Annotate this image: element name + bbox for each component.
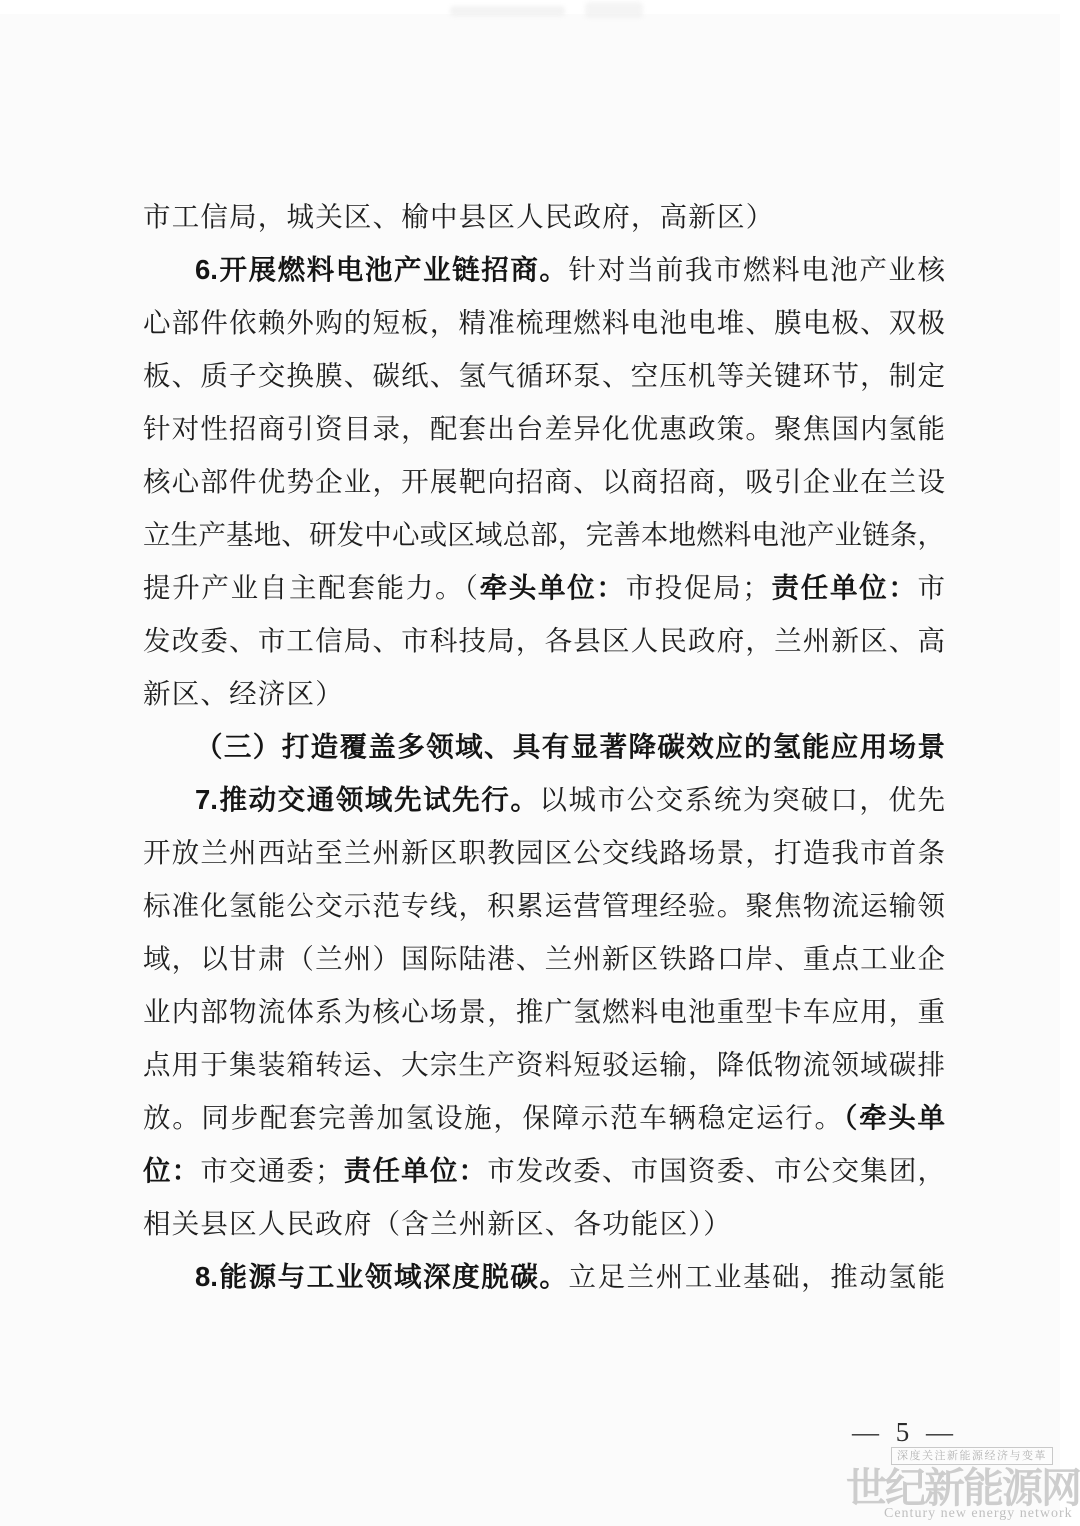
text-segment: 发改委、市工信局、市科技局，各县区人民政府，兰州新区、高 [143, 625, 945, 656]
text-segment: 市工信局，城关区、榆中县区人民政府，高新区） [143, 201, 774, 232]
text-segment: 市投促局； [626, 572, 770, 603]
text-line: 业内部物流体系为核心场景，推广氢燃料电池重型卡车应用，重 [143, 985, 945, 1038]
watermark-brand-english: Century new energy network [884, 1506, 1073, 1522]
document-body: 市工信局，城关区、榆中县区人民政府，高新区）6.开展燃料电池产业链招商。针对当前… [143, 190, 945, 1303]
text-line: 针对性招商引资目录，配套出台差异化优惠政策。聚焦国内氢能 [143, 402, 945, 455]
text-line: 点用于集装箱转运、大宗生产资料短驳运输，降低物流领域碳排 [143, 1038, 945, 1091]
text-line: 心部件依赖外购的短板，精准梳理燃料电池电堆、膜电极、双极 [143, 296, 945, 349]
bold-text-segment: 责任单位： [770, 572, 918, 603]
bold-text-segment: 7.推动交通领域先试先行。 [195, 784, 539, 815]
text-segment: 放。同步配套完善加氢设施，保障示范车辆稳定运行。 [143, 1102, 844, 1133]
watermark-brand: 世纪新能源网 [846, 1464, 1080, 1512]
text-segment: 业内部物流体系为核心场景，推广氢燃料电池重型卡车应用，重 [143, 996, 945, 1027]
text-segment: 立生产基地、研发中心或区域总部，完善本地燃料电池产业链条， [143, 519, 945, 550]
text-line: 立生产基地、研发中心或区域总部，完善本地燃料电池产业链条， [143, 508, 945, 561]
text-segment: 市发改委、市国资委、市公交集团， [487, 1155, 945, 1186]
text-line: 位：市交通委；责任单位：市发改委、市国资委、市公交集团， [143, 1144, 945, 1197]
text-line: 标准化氢能公交示范专线，积累运营管理经验。聚焦物流运输领 [143, 879, 945, 932]
scan-artifact [450, 6, 565, 16]
text-line: 市工信局，城关区、榆中县区人民政府，高新区） [143, 190, 945, 243]
text-segment: 心部件依赖外购的短板，精准梳理燃料电池电堆、膜电极、双极 [143, 307, 945, 338]
text-line: 相关县区人民政府（含兰州新区、各功能区）） [143, 1197, 945, 1250]
text-line: 6.开展燃料电池产业链招商。针对当前我市燃料电池产业核 [143, 243, 945, 296]
text-segment: 针对当前我市燃料电池产业核 [569, 254, 946, 285]
text-line: 核心部件优势企业，开展靶向招商、以商招商，吸引企业在兰设 [143, 455, 945, 508]
bold-text-segment: 责任单位： [343, 1155, 488, 1186]
bold-text-segment: （三）打造覆盖多领域、具有显著降碳效应的氢能应用场景 [195, 731, 945, 762]
scan-artifact [585, 2, 643, 18]
text-line: （三）打造覆盖多领域、具有显著降碳效应的氢能应用场景 [143, 720, 945, 773]
text-segment: 以城市公交系统为突破口，优先 [539, 784, 945, 815]
bold-text-segment: （牵头单 [844, 1102, 945, 1133]
text-line: 发改委、市工信局、市科技局，各县区人民政府，兰州新区、高 [143, 614, 945, 667]
bold-text-segment: 8.能源与工业领域深度脱碳。 [195, 1261, 569, 1292]
text-segment: 核心部件优势企业，开展靶向招商、以商招商，吸引企业在兰设 [143, 466, 945, 497]
text-line: 提升产业自主配套能力。（牵头单位：市投促局；责任单位：市 [143, 561, 945, 614]
text-line: 板、质子交换膜、碳纸、氢气循环泵、空压机等关键环节，制定 [143, 349, 945, 402]
text-line: 7.推动交通领域先试先行。以城市公交系统为突破口，优先 [143, 773, 945, 826]
text-line: 新区、经济区） [143, 667, 945, 720]
watermark-tagline-box: 深度关注新能源经济与变革 [891, 1447, 1053, 1465]
text-segment: 提升产业自主配套能力。（ [143, 572, 480, 603]
text-segment: 新区、经济区） [143, 678, 344, 709]
text-line: 放。同步配套完善加氢设施，保障示范车辆稳定运行。（牵头单 [143, 1091, 945, 1144]
text-segment: 针对性招商引资目录，配套出台差异化优惠政策。聚焦国内氢能 [143, 413, 945, 444]
text-segment: 标准化氢能公交示范专线，积累运营管理经验。聚焦物流运输领 [143, 890, 945, 921]
bold-text-segment: 6.开展燃料电池产业链招商。 [195, 254, 569, 285]
text-segment: 点用于集装箱转运、大宗生产资料短驳运输，降低物流领域碳排 [143, 1049, 945, 1080]
bold-text-segment: 牵头单位： [480, 572, 626, 603]
text-segment: 立足兰州工业基础，推动氢能 [569, 1261, 946, 1292]
bold-text-segment: 位： [143, 1155, 200, 1186]
text-segment: 域，以甘肃（兰州）国际陆港、兰州新区铁路口岸、重点工业企 [143, 943, 945, 974]
text-segment: 开放兰州西站至兰州新区职教园区公交线路场景，打造我市首条 [143, 837, 945, 868]
text-line: 开放兰州西站至兰州新区职教园区公交线路场景，打造我市首条 [143, 826, 945, 879]
text-segment: 市 [918, 572, 946, 603]
text-segment: 相关县区人民政府（含兰州新区、各功能区）） [143, 1208, 732, 1239]
page-number: — 5 — [840, 1414, 970, 1450]
text-line: 8.能源与工业领域深度脱碳。立足兰州工业基础，推动氢能 [143, 1250, 945, 1303]
text-segment: 板、质子交换膜、碳纸、氢气循环泵、空压机等关键环节，制定 [143, 360, 945, 391]
text-line: 域，以甘肃（兰州）国际陆港、兰州新区铁路口岸、重点工业企 [143, 932, 945, 985]
text-segment: 市交通委； [200, 1155, 342, 1186]
